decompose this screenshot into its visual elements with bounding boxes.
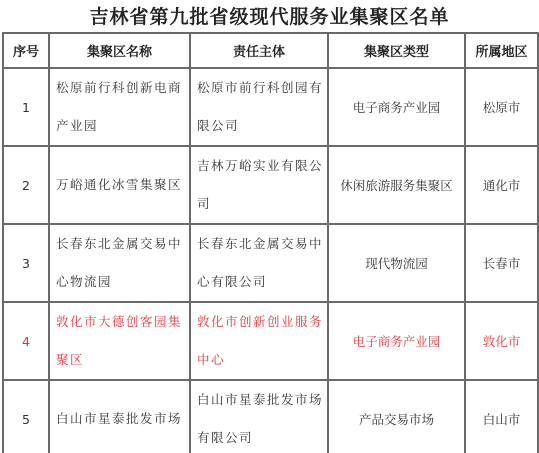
- table-row: 3 长春东北金属交易中心物流园 长春东北金属交易中心有限公司 现代物流园 长春市: [3, 224, 538, 302]
- cell-responsible-entity: 白山市星泰批发市场有限公司: [190, 380, 328, 453]
- header-cluster-type: 集聚区类型: [328, 33, 465, 68]
- cell-cluster-type: 休闲旅游服务集聚区: [328, 146, 465, 224]
- cluster-list-table: 序号 集聚区名称 责任主体 集聚区类型 所属地区 1 松原前行科创新电商产业园 …: [2, 32, 539, 453]
- cell-cluster-name: 敦化市大德创客园集聚区: [49, 302, 190, 380]
- table-row: 1 松原前行科创新电商产业园 松原市前行科创园有限公司 电子商务产业园 松原市: [3, 68, 538, 146]
- cell-region: 长春市: [465, 224, 538, 302]
- header-index: 序号: [3, 33, 49, 68]
- document-title: 吉林省第九批省级现代服务业集聚区名单: [0, 2, 539, 29]
- cell-responsible-entity: 松原市前行科创园有限公司: [190, 68, 328, 146]
- header-cluster-name: 集聚区名称: [49, 33, 190, 68]
- cell-region: 白山市: [465, 380, 538, 453]
- cell-responsible-entity: 吉林万峪实业有限公司: [190, 146, 328, 224]
- cell-responsible-entity: 敦化市创新创业服务中心: [190, 302, 328, 380]
- cell-cluster-name: 白山市星泰批发市场: [49, 380, 190, 453]
- cell-index: 3: [3, 224, 49, 302]
- cell-region: 通化市: [465, 146, 538, 224]
- table-row: 5 白山市星泰批发市场 白山市星泰批发市场有限公司 产品交易市场 白山市: [3, 380, 538, 453]
- cell-cluster-name: 松原前行科创新电商产业园: [49, 68, 190, 146]
- cell-region: 敦化市: [465, 302, 538, 380]
- cell-index: 1: [3, 68, 49, 146]
- table-row-highlighted: 4 敦化市大德创客园集聚区 敦化市创新创业服务中心 电子商务产业园 敦化市: [3, 302, 538, 380]
- cell-cluster-type: 现代物流园: [328, 224, 465, 302]
- cell-cluster-type: 电子商务产业园: [328, 302, 465, 380]
- header-region: 所属地区: [465, 33, 538, 68]
- table-row: 2 万峪通化冰雪集聚区 吉林万峪实业有限公司 休闲旅游服务集聚区 通化市: [3, 146, 538, 224]
- cell-cluster-name: 长春东北金属交易中心物流园: [49, 224, 190, 302]
- cell-region: 松原市: [465, 68, 538, 146]
- cell-cluster-type: 电子商务产业园: [328, 68, 465, 146]
- cell-cluster-type: 产品交易市场: [328, 380, 465, 453]
- cell-cluster-name: 万峪通化冰雪集聚区: [49, 146, 190, 224]
- cell-index: 4: [3, 302, 49, 380]
- cell-index: 5: [3, 380, 49, 453]
- table-header-row: 序号 集聚区名称 责任主体 集聚区类型 所属地区: [3, 33, 538, 68]
- header-responsible-entity: 责任主体: [190, 33, 328, 68]
- cell-responsible-entity: 长春东北金属交易中心有限公司: [190, 224, 328, 302]
- cell-index: 2: [3, 146, 49, 224]
